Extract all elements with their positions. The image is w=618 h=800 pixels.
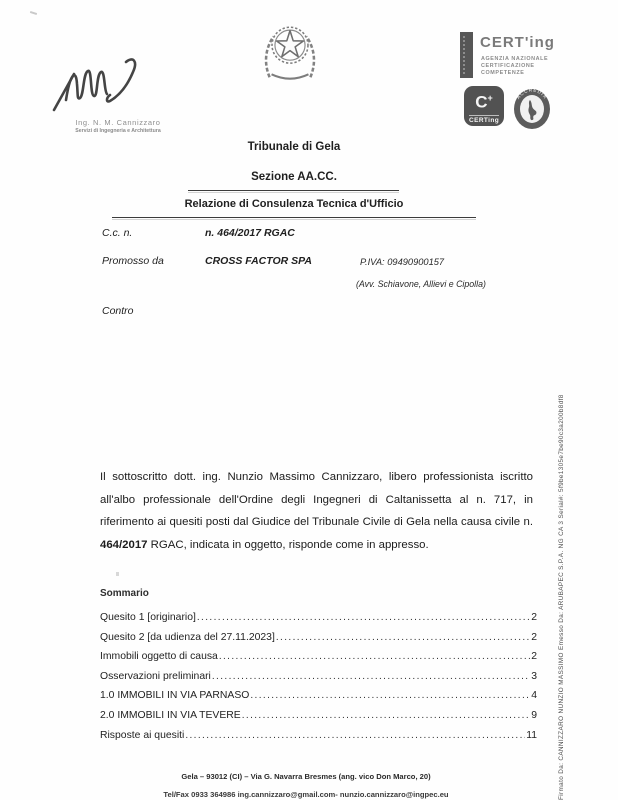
report-subtitle: Relazione di Consulenza Tecnica d'Uffici… — [0, 198, 588, 210]
signer-tagline: Servizi di Ingegneria e Architettura — [58, 128, 178, 134]
handwritten-signature — [40, 48, 165, 120]
toc-entry-page: 2 — [531, 612, 537, 623]
certing-subtitle-line: COMPETENZE — [481, 70, 548, 77]
toc-entry-label: Quesito 1 [originario] — [100, 612, 196, 623]
intro-text-before: Il sottoscritto dott. ing. Nunzio Massim… — [100, 471, 533, 528]
plaintiff-lawyers: (Avv. Schiavone, Allievi e Cipolla) — [356, 279, 486, 289]
toc-entry: Quesito 2 [da udienza del 27.11.2023] 2 — [100, 632, 537, 652]
intro-text-after: RGAC, indicata in oggetto, risponde come… — [148, 539, 429, 551]
toc-entry-page: 2 — [531, 632, 537, 643]
toc-entry-page: 9 — [531, 710, 537, 721]
toc-entry: Immobili oggetto di causa 2 — [100, 651, 537, 671]
footer-address: Gela – 93012 (CI) – Via G. Navarra Bresm… — [0, 772, 612, 781]
court-section: Sezione AA.CC. — [0, 171, 588, 183]
plaintiff-label: Promosso da — [102, 255, 164, 267]
case-number-value: n. 464/2017 RGAC — [205, 227, 295, 239]
toc-leader-dots — [242, 710, 531, 721]
toc-entry-label: Risposte ai quesiti — [100, 730, 184, 741]
toc-leader-dots — [250, 690, 530, 701]
toc-heading: Sommario — [100, 588, 149, 599]
toc-entry: Osservazioni preliminari 3 — [100, 671, 537, 691]
plaintiff-vat-number: P.IVA: 09490900157 — [360, 257, 444, 267]
toc-leader-dots — [185, 730, 525, 741]
court-title: Tribunale di Gela — [0, 141, 588, 153]
toc-entry: 1.0 IMMOBILI IN VIA PARNASO 4 — [100, 690, 537, 710]
toc-entry-page: 11 — [526, 730, 537, 741]
intro-case-number-bold: 464/2017 — [100, 539, 148, 551]
toc-entry-label: 1.0 IMMOBILI IN VIA PARNASO — [100, 690, 249, 701]
footer-contacts: Tel/Fax 0933 364986 ing.cannizzaro@gmail… — [0, 790, 612, 799]
certing-subtitle: AGENZIA NAZIONALE CERTIFICAZIONE COMPETE… — [481, 56, 548, 77]
toc-entry-label: 2.0 IMMOBILI IN VIA TEVERE — [100, 710, 241, 721]
toc-entry-label: Osservazioni preliminari — [100, 671, 211, 682]
subtitle-underline — [112, 217, 476, 218]
certing-cplus-badge-icon: C+ CERTing — [464, 86, 504, 126]
toc-leader-dots — [212, 671, 530, 682]
toc-leader-dots — [219, 651, 530, 662]
introduction-paragraph: Il sottoscritto dott. ing. Nunzio Massim… — [100, 466, 533, 556]
toc-entry-page: 2 — [531, 651, 537, 662]
case-number-label: C.c. n. — [102, 227, 132, 239]
digital-signature-stamp: Firmato Da: CANNIZZARO NUNZIO MASSIMO Em… — [558, 400, 573, 800]
toc-entry-label: Quesito 2 [da udienza del 27.11.2023] — [100, 632, 275, 643]
certing-subtitle-line: AGENZIA NAZIONALE — [481, 56, 548, 63]
defendant-label: Contro — [102, 305, 134, 317]
toc-entry-page: 4 — [531, 690, 537, 701]
scan-artifact — [116, 572, 119, 576]
toc-entry-label: Immobili oggetto di causa — [100, 651, 218, 662]
certing-i-bar-icon — [460, 32, 473, 78]
cplus-glyph: C+ — [464, 86, 504, 115]
plaintiff-name: CROSS FACTOR SPA — [205, 255, 312, 267]
scan-artifact — [30, 11, 37, 15]
toc-entry-page: 3 — [531, 671, 537, 682]
table-of-contents: Quesito 1 [originario] 2 Quesito 2 [da u… — [100, 612, 537, 749]
scanned-document-page: Ing. N. M. Cannizzaro Servizi di Ingegne… — [0, 0, 618, 800]
italy-republic-emblem-icon — [256, 18, 324, 84]
certing-subtitle-line: CERTIFICAZIONE — [481, 63, 548, 70]
toc-leader-dots — [276, 632, 530, 643]
signer-name: Ing. N. M. Cannizzaro — [58, 118, 178, 127]
toc-entry: Risposte ai quesiti 11 — [100, 730, 537, 750]
cplus-badge-label: CERTing — [469, 115, 499, 124]
toc-entry: Quesito 1 [originario] 2 — [100, 612, 537, 632]
section-underline — [188, 190, 399, 191]
accredia-badge-icon: ACCREDIA — [512, 87, 552, 131]
toc-leader-dots — [197, 612, 530, 623]
certing-brand: CERT'ing — [480, 34, 555, 51]
toc-entry: 2.0 IMMOBILI IN VIA TEVERE 9 — [100, 710, 537, 730]
